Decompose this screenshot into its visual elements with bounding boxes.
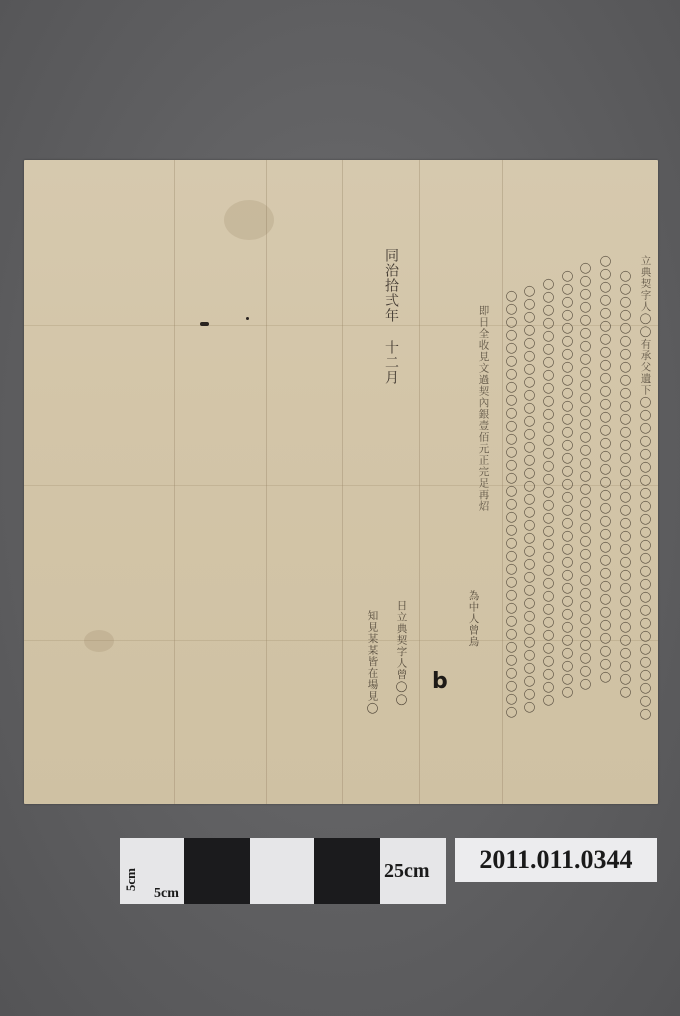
ink-spot [200, 322, 209, 326]
witness-line: 為中人曾烏 [468, 590, 479, 648]
body-text-line: ◯◯◯◯◯◯◯◯◯◯◯◯◯◯◯◯◯◯◯◯◯◯◯◯◯◯◯◯◯◯◯◯◯ [620, 270, 631, 699]
scale-label-5cm: 5cm [154, 886, 179, 902]
body-text-line: ◯◯◯◯◯◯◯◯◯◯◯◯◯◯◯◯◯◯◯◯◯◯◯◯◯◯◯◯◯◯◯◯◯ [580, 262, 591, 691]
fold-line [174, 160, 175, 804]
stain [84, 630, 114, 652]
scale-segment: 5cm 5cm [120, 838, 184, 904]
closing-line: 即日全收見文過契內銀壹佰元正完足再炤 [478, 305, 489, 512]
handwritten-mark: b [432, 669, 448, 694]
signature-line: 日立典契字人曾◯◯ [396, 600, 407, 707]
fold-line [419, 160, 420, 804]
body-text-line: ◯◯◯◯◯◯◯◯◯◯◯◯◯◯◯◯◯◯◯◯◯◯◯◯◯◯◯◯◯◯◯◯◯ [543, 278, 554, 707]
signature-line: 知見某某皆在場見◯ [367, 610, 378, 715]
date-line: 同治拾弍年 十二月 [384, 248, 398, 385]
stain [224, 200, 274, 240]
body-text-line: ◯◯◯◯◯◯◯◯◯◯◯◯◯◯◯◯◯◯◯◯◯◯◯◯◯◯◯◯◯◯◯◯◯ [506, 290, 517, 719]
body-text-line: 立典契字人◯◯有承父遺下◯◯◯◯◯◯◯◯◯◯◯◯◯◯◯◯◯◯◯◯◯◯◯◯◯ [640, 255, 651, 721]
fold-line [266, 160, 267, 804]
scale-segment [314, 838, 380, 904]
scale-label-vertical: 5cm [123, 868, 139, 891]
ink-spot [246, 317, 249, 320]
body-text-line: ◯◯◯◯◯◯◯◯◯◯◯◯◯◯◯◯◯◯◯◯◯◯◯◯◯◯◯◯◯◯◯◯◯ [600, 255, 611, 684]
body-text-line: ◯◯◯◯◯◯◯◯◯◯◯◯◯◯◯◯◯◯◯◯◯◯◯◯◯◯◯◯◯◯◯◯◯ [524, 285, 535, 714]
scale-label-25cm: 25cm [384, 860, 430, 883]
body-text-line: ◯◯◯◯◯◯◯◯◯◯◯◯◯◯◯◯◯◯◯◯◯◯◯◯◯◯◯◯◯◯◯◯◯ [562, 270, 573, 699]
scale-segment: 25cm [380, 838, 446, 904]
scale-bar: 5cm 5cm 25cm [120, 838, 450, 904]
fold-line [342, 160, 343, 804]
accession-number-label: 2011.011.0344 [455, 838, 657, 882]
fold-line [502, 160, 503, 804]
scale-segment [250, 838, 314, 904]
scale-segment [184, 838, 250, 904]
